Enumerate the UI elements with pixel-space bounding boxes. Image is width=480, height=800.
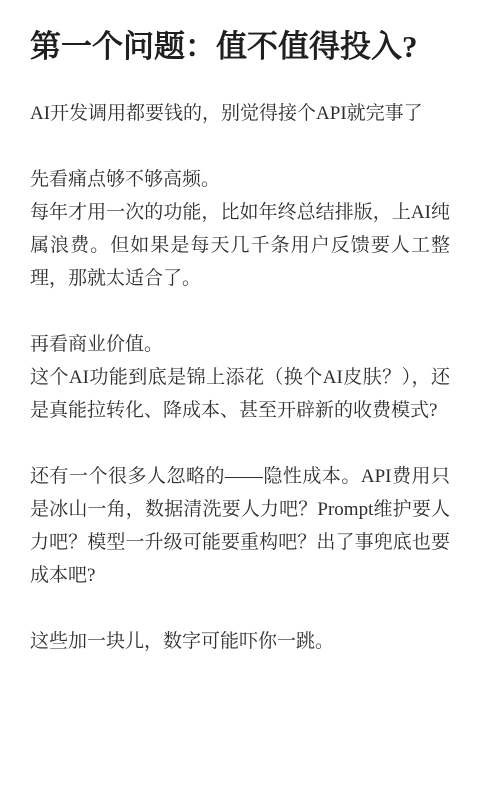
article-body: AI开发调用都要钱的，别觉得接个API就完事了 先看痛点够不够高频。 每年才用一…: [30, 97, 450, 658]
text-line: AI开发调用都要钱的，别觉得接个API就完事了: [30, 97, 450, 130]
text-line: 先看痛点够不够高频。: [30, 163, 450, 196]
paragraph: 先看痛点够不够高频。 每年才用一次的功能，比如年终总结排版，上AI纯属浪费。但如…: [30, 163, 450, 295]
article-page: 第一个问题：值不值得投入? AI开发调用都要钱的，别觉得接个API就完事了 先看…: [0, 0, 480, 800]
paragraph: AI开发调用都要钱的，别觉得接个API就完事了: [30, 97, 450, 130]
paragraph: 还有一个很多人忽略的——隐性成本。API费用只是冰山一角，数据清洗要人力吧？Pr…: [30, 460, 450, 592]
article-title: 第一个问题：值不值得投入?: [30, 27, 450, 67]
text-line: 每年才用一次的功能，比如年终总结排版，上AI纯属浪费。但如果是每天几千条用户反馈…: [30, 196, 450, 295]
paragraph: 再看商业价值。 这个AI功能到底是锦上添花（换个AI皮肤？），还是真能拉转化、降…: [30, 328, 450, 427]
text-line: 再看商业价值。: [30, 328, 450, 361]
text-line: 这些加一块儿，数字可能吓你一跳。: [30, 625, 450, 658]
text-line: 这个AI功能到底是锦上添花（换个AI皮肤？），还是真能拉转化、降成本、甚至开辟新…: [30, 361, 450, 427]
paragraph: 这些加一块儿，数字可能吓你一跳。: [30, 625, 450, 658]
text-line: 还有一个很多人忽略的——隐性成本。API费用只是冰山一角，数据清洗要人力吧？Pr…: [30, 460, 450, 592]
